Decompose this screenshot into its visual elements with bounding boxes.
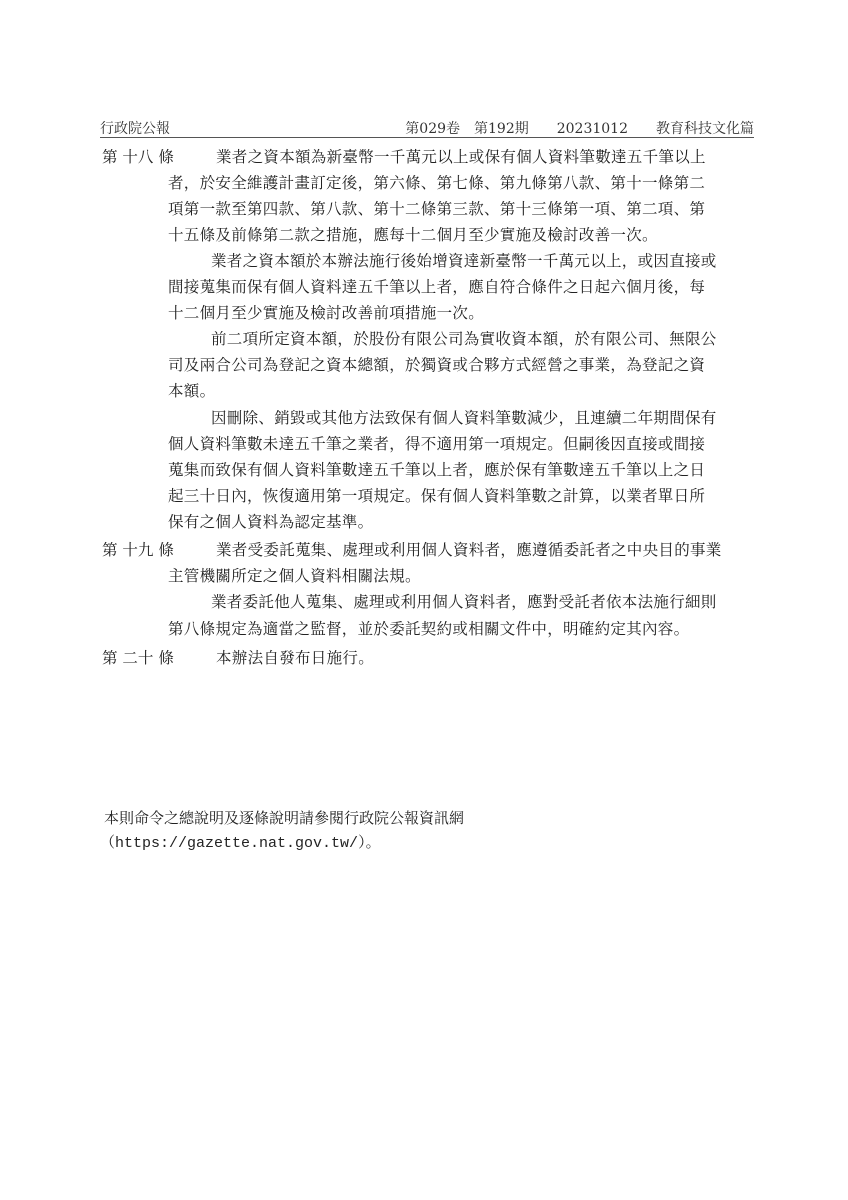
article-18-p1-line2: 者，於安全維護計畫訂定後，第六條、第七條、第九條第八款、第十一條第二 [168, 173, 705, 193]
article-18-label: 第 十八 條 [102, 147, 174, 167]
footer-note-line1: 本則命令之總說明及逐條說明請參閱行政院公報資訊網 [104, 808, 464, 828]
article-18-p3-line1: 前二項所定資本額，於股份有限公司為實收資本額，於有限公司、無限公 [211, 329, 717, 349]
article-19-p1-line1: 業者受委託蒐集、處理或利用個人資料者，應遵循委託者之中央目的事業 [216, 540, 722, 560]
article-18-p3-line2: 司及兩合公司為登記之資本總額，於獨資或合夥方式經營之事業，為登記之資 [168, 355, 705, 375]
article-18-p4-line2: 個人資料筆數未達五千筆之業者，得不適用第一項規定。但嗣後因直接或間接 [168, 434, 705, 454]
article-18-p2-line3: 十二個月至少實施及檢討改善前項措施一次。 [168, 303, 484, 323]
gazette-url-link[interactable]: https://gazette.nat.gov.tw/ [115, 835, 358, 852]
article-19-label: 第 十九 條 [102, 540, 174, 560]
article-18-p4-line5: 保有之個人資料為認定基準。 [168, 512, 373, 532]
article-18-p1-line3: 項第一款至第四款、第八款、第十二條第三款、第十三條第一項、第二項、第 [168, 199, 705, 219]
article-18-p4-line4: 起三十日內，恢復適用第一項規定。保有個人資料筆數之計算，以業者單日所 [168, 486, 705, 506]
article-20-p1-line1: 本辦法自發布日施行。 [216, 648, 374, 668]
article-20-label: 第 二十 條 [102, 648, 174, 668]
page-header: 行政院公報 第029卷 第192期 20231012 教育科技文化篇 [100, 118, 754, 138]
footer-note-line2: （https://gazette.nat.gov.tw/）。 [100, 832, 381, 854]
article-19-p2-line2: 第八條規定為適當之監督，並於委託契約或相關文件中，明確約定其內容。 [168, 619, 689, 639]
publication-title: 行政院公報 [100, 118, 170, 138]
article-19-p2-line1: 業者委託他人蒐集、處理或利用個人資料者，應對受託者依本法施行細則 [211, 592, 717, 612]
article-18-p1-line1: 業者之資本額為新臺幣一千萬元以上或保有個人資料筆數達五千筆以上 [216, 147, 706, 167]
article-18-p3-line3: 本額。 [168, 381, 215, 401]
issue-info: 第029卷 第192期 20231012 教育科技文化篇 [405, 118, 754, 138]
article-19-p1-line2: 主管機關所定之個人資料相關法規。 [168, 566, 421, 586]
footer-open-paren: （ [100, 833, 115, 851]
footer-close-paren: ）。 [358, 833, 381, 851]
article-18-p4-line3: 蒐集而致保有個人資料筆數達五千筆以上者，應於保有筆數達五千筆以上之日 [168, 460, 705, 480]
gazette-page: 行政院公報 第029卷 第192期 20231012 教育科技文化篇 第 十八 … [0, 0, 848, 1200]
article-18-p2-line2: 間接蒐集而保有個人資料達五千筆以上者，應自符合條件之日起六個月後，每 [168, 277, 705, 297]
header-rule [100, 137, 754, 138]
article-18-p1-line4: 十五條及前條第二款之措施，應每十二個月至少實施及檢討改善一次。 [168, 225, 658, 245]
article-18-p4-line1: 因刪除、銷毀或其他方法致保有個人資料筆數減少，且連續二年期間保有 [211, 408, 717, 428]
article-18-p2-line1: 業者之資本額於本辦法施行後始增資達新臺幣一千萬元以上，或因直接或 [211, 251, 717, 271]
